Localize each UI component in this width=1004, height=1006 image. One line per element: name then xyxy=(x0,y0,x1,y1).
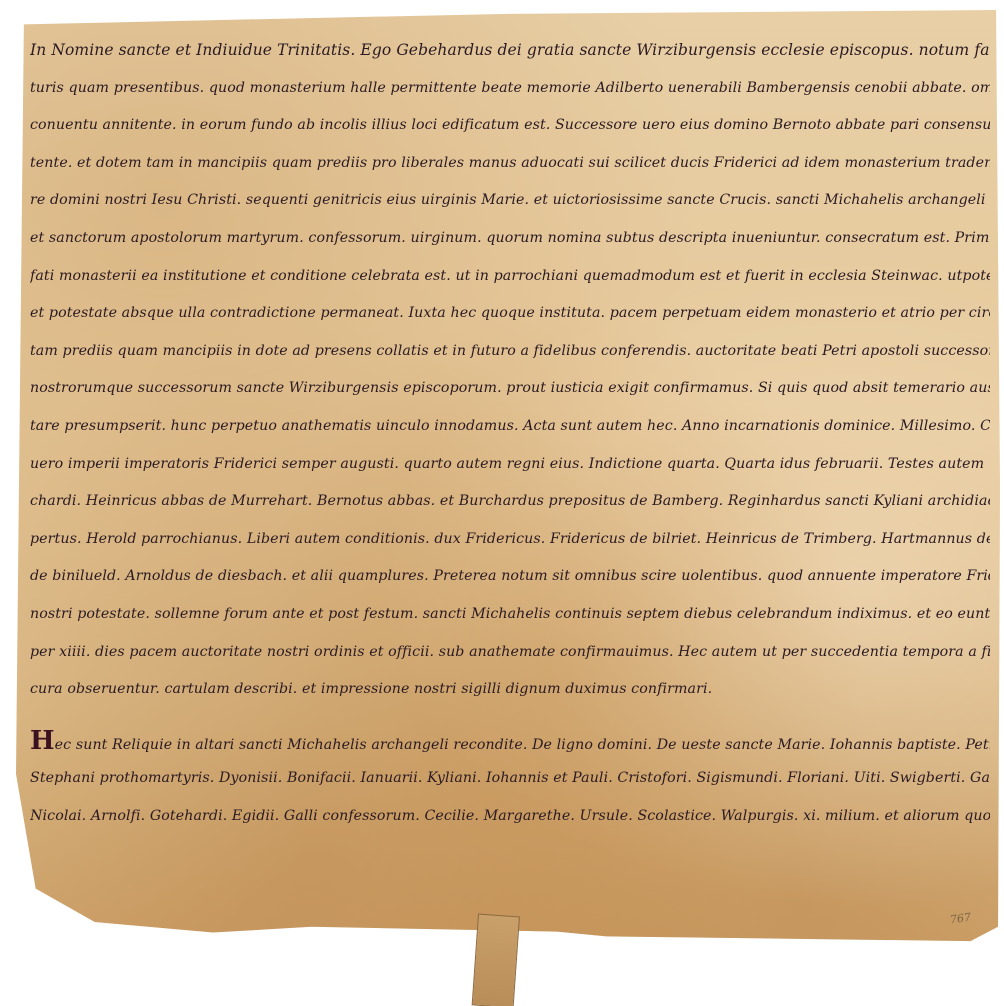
charter-line: tam prediis quam mancipiis in dote ad pr… xyxy=(30,333,990,371)
charter-line: cura obseruentur. cartulam describi. et … xyxy=(30,671,990,709)
charter-line: tare presumpserit. hunc perpetuo anathem… xyxy=(30,408,990,446)
charter-line: In Nomine sancte et Indiuidue Trinitatis… xyxy=(30,32,990,70)
seal-tag xyxy=(472,914,520,1006)
charter-line: nostri potestate. sollemne forum ante et… xyxy=(30,596,990,634)
relics-line: Nicolai. Arnolfi. Gotehardi. Egidii. Gal… xyxy=(30,798,990,836)
charter-line: chardi. Heinricus abbas de Murrehart. Be… xyxy=(30,483,990,521)
decorated-initial: H xyxy=(30,726,55,756)
relics-line-first: Hec sunt Reliquie in altari sancti Micha… xyxy=(30,723,990,761)
charter-line: de binilueld. Arnoldus de diesbach. et a… xyxy=(30,558,990,596)
charter-line: turis quam presentibus. quod monasterium… xyxy=(30,70,990,108)
charter-line: conuentu annitente. in eorum fundo ab in… xyxy=(30,107,990,145)
charter-line: pertus. Herold parrochianus. Liberi aute… xyxy=(30,521,990,559)
charter-line: fati monasterii ea institutione et condi… xyxy=(30,258,990,296)
charter-line: tente. et dotem tam in mancipiis quam pr… xyxy=(30,145,990,183)
charter-line: per xiiii. dies pacem auctoritate nostri… xyxy=(30,634,990,672)
charter-text: In Nomine sancte et Indiuidue Trinitatis… xyxy=(30,32,990,835)
charter-line: nostrorumque successorum sancte Wirzibur… xyxy=(30,370,990,408)
charter-line: et sanctorum apostolorum martyrum. confe… xyxy=(30,220,990,258)
charter-line: uero imperii imperatoris Friderici sempe… xyxy=(30,446,990,484)
relics-text: ec sunt Reliquie in altari sancti Michah… xyxy=(55,737,990,753)
relics-line: Stephani prothomartyris. Dyonisii. Bonif… xyxy=(30,760,990,798)
charter-line: et potestate absque ulla contradictione … xyxy=(30,295,990,333)
charter-line: re domini nostri Iesu Christi. sequenti … xyxy=(30,182,990,220)
